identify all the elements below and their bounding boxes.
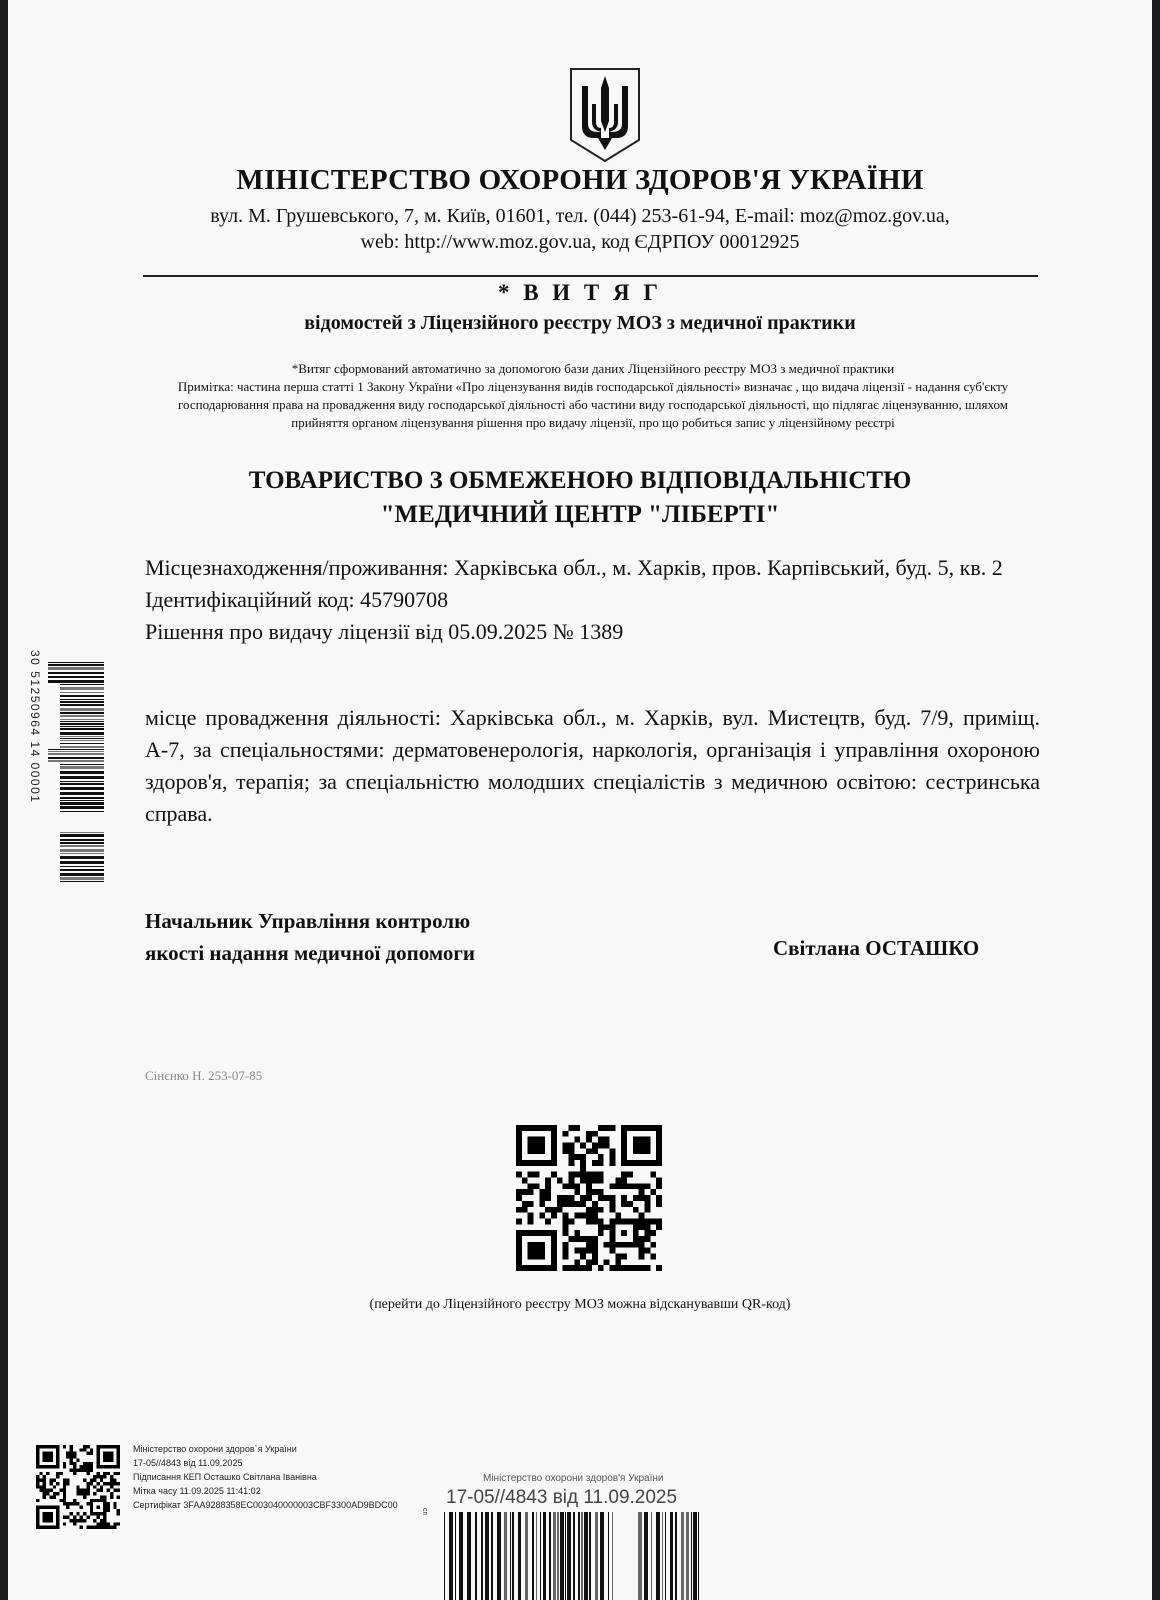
esig-ministry: Міністерство охорони здоров`я України	[133, 1442, 398, 1456]
signer-position: Начальник Управління контролю якості над…	[145, 905, 475, 969]
organization-name: ТОВАРИСТВО З ОБМЕЖЕНОЮ ВІДПОВІДАЛЬНІСТЮ …	[8, 464, 1152, 532]
document-page: МІНІСТЕРСТВО ОХОРОНИ ЗДОРОВ'Я УКРАЇНИ ву…	[8, 0, 1152, 1600]
signature-qr-code-icon[interactable]	[36, 1445, 120, 1529]
executor-contact: Сінєнко Н. 253-07-85	[145, 1068, 262, 1084]
extract-note: *Витяг сформований автоматично за допомо…	[163, 360, 1023, 432]
organization-type: ТОВАРИСТВО З ОБМЕЖЕНОЮ ВІДПОВІДАЛЬНІСТЮ	[8, 464, 1152, 498]
activity-details: місце провадження діяльності: Харківська…	[145, 702, 1040, 830]
organization-id-code: Ідентифікаційний код: 45790708	[145, 584, 1040, 616]
qr-caption: (перейти до Ліцензійного реєстру МОЗ мож…	[8, 1297, 1152, 1313]
contacts-address-line: вул. М. Грушевського, 7, м. Київ, 01601,…	[8, 203, 1152, 229]
signer-name: Світлана ОСТАШКО	[773, 936, 979, 961]
organization-title: "МЕДИЧНИЙ ЦЕНТР "ЛІБЕРТІ"	[8, 498, 1152, 532]
ministry-title: МІНІСТЕРСТВО ОХОРОНИ ЗДОРОВ'Я УКРАЇНИ	[8, 164, 1152, 197]
auto-generated-note: *Витяг сформований автоматично за допомо…	[163, 360, 1023, 378]
contacts-web-line: web: http://www.moz.gov.ua, код ЄДРПОУ 0…	[8, 229, 1152, 255]
registration-number: 17-05//4843 від 11.09.2025	[446, 1487, 677, 1509]
legal-note: Примітка: частина перша статті 1 Закону …	[163, 378, 1023, 432]
esig-signer: Підписання КЕП Осташко Світлана Іванівна	[133, 1470, 398, 1484]
organization-location: Місцезнаходження/проживання: Харківська …	[145, 552, 1040, 584]
extract-subtitle: відомостей з Ліцензійного реєстру МОЗ з …	[8, 312, 1152, 335]
registration-sp-mark: сп	[421, 1508, 428, 1515]
trident-coat-of-arms-icon	[568, 66, 642, 164]
organization-info: Місцезнаходження/проживання: Харківська …	[145, 552, 1040, 648]
signer-position-line2: якості надання медичної допомоги	[145, 937, 475, 969]
ministry-contacts: вул. М. Грушевського, 7, м. Київ, 01601,…	[8, 203, 1152, 255]
qr-code-icon[interactable]	[516, 1125, 662, 1271]
header-divider	[143, 275, 1038, 277]
signer-position-line1: Начальник Управління контролю	[145, 905, 475, 937]
extract-title: * В И Т Я Г	[8, 280, 1152, 306]
esig-doc-ref: 17-05//4843 від 11.09.2025	[133, 1456, 398, 1470]
electronic-signature-block: Міністерство охорони здоров`я України 17…	[133, 1442, 398, 1512]
license-decision: Рішення про видачу ліцензії від 05.09.20…	[145, 616, 1040, 648]
registration-barcode-icon	[438, 1512, 704, 1600]
esig-certificate: Сертифікат 3FAA9288358EC003040000003CBF3…	[133, 1498, 398, 1512]
side-barcode-digits: 30 51250964 14 00001	[28, 650, 42, 803]
side-barcode-icon	[48, 662, 104, 882]
registration-ministry: Міністерство охорони здоров'я України	[483, 1473, 664, 1484]
esig-timestamp: Мітка часу 11.09.2025 11:41:02	[133, 1484, 398, 1498]
